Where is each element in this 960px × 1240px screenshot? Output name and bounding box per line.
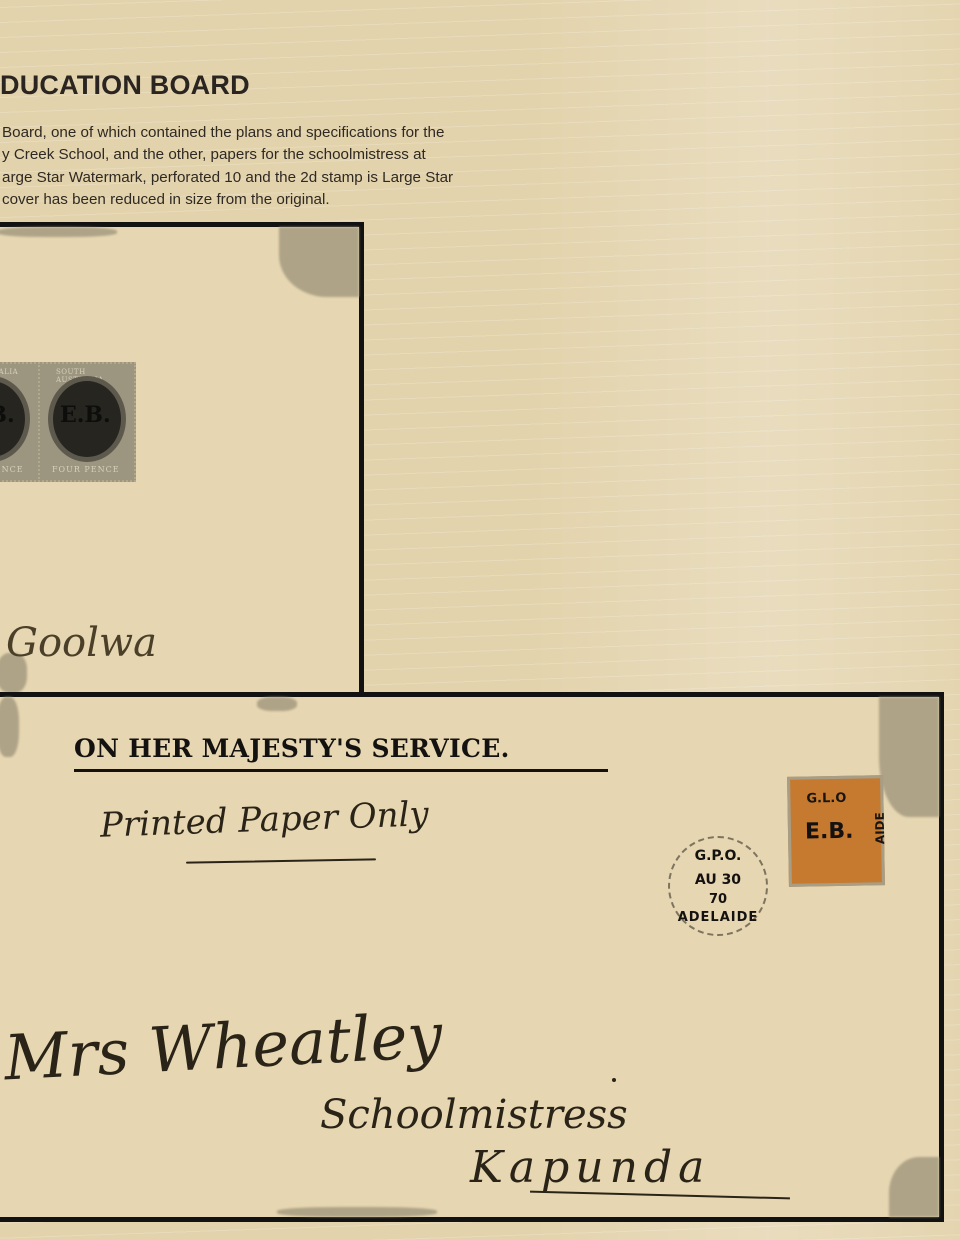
postmark-office: G.P.O.: [670, 848, 766, 864]
age-stain: [0, 227, 117, 237]
description-line: y Creek School, and the other, papers fo…: [2, 144, 458, 166]
stamp-pair: S. AUSTRALIA E.B. FOUR PENCE SOUTH AUSTR…: [0, 362, 140, 484]
stamp-value: FOUR PENCE: [0, 465, 24, 474]
ohms-header: ON HER MAJESTY'S SERVICE.: [74, 734, 608, 772]
ink-dot: [612, 1078, 616, 1082]
stamp-country: S. AUSTRALIA: [0, 368, 18, 376]
age-stain: [889, 1157, 939, 1217]
addressee-town: Kapunda: [470, 1142, 710, 1193]
stamp-value: FOUR PENCE: [52, 465, 120, 474]
stamp-overprint: E.B.: [805, 819, 854, 845]
stamp-overprint: E.B.: [0, 402, 15, 428]
age-stain: [0, 697, 19, 757]
age-stain: [277, 1207, 437, 1217]
description-line: cover has been reduced in size from the …: [2, 189, 458, 211]
postmark-year: 70: [670, 892, 766, 907]
description-paragraph: Board, one of which contained the plans …: [2, 122, 458, 212]
stamp-cancel: G.L.O: [806, 791, 846, 807]
stamp-overprint: E.B.: [60, 402, 111, 428]
stamp-orange-eb: G.L.O E.B. AIDE: [787, 775, 885, 887]
stamp-cancel-side: AIDE: [873, 812, 888, 844]
stamp-four-pence: S. AUSTRALIA E.B. FOUR PENCE: [0, 362, 40, 482]
postmark-city: ADELAIDE: [670, 910, 766, 925]
addressee-title: Schoolmistress: [320, 1092, 628, 1138]
page-heading: DUCATION BOARD: [0, 70, 250, 101]
age-stain: [257, 697, 297, 711]
description-line: arge Star Watermark, perforated 10 and t…: [2, 167, 458, 189]
adelaide-postmark: G.P.O. AU 30 70 ADELAIDE: [668, 836, 768, 936]
postmark-date: AU 30: [670, 872, 766, 888]
destination-goolwa: Goolwa: [6, 620, 157, 666]
age-stain: [879, 697, 939, 817]
stamp-four-pence: SOUTH AUSTRALIA E.B. FOUR PENCE: [38, 362, 136, 482]
description-line: Board, one of which contained the plans …: [2, 122, 458, 144]
age-stain: [279, 227, 359, 297]
